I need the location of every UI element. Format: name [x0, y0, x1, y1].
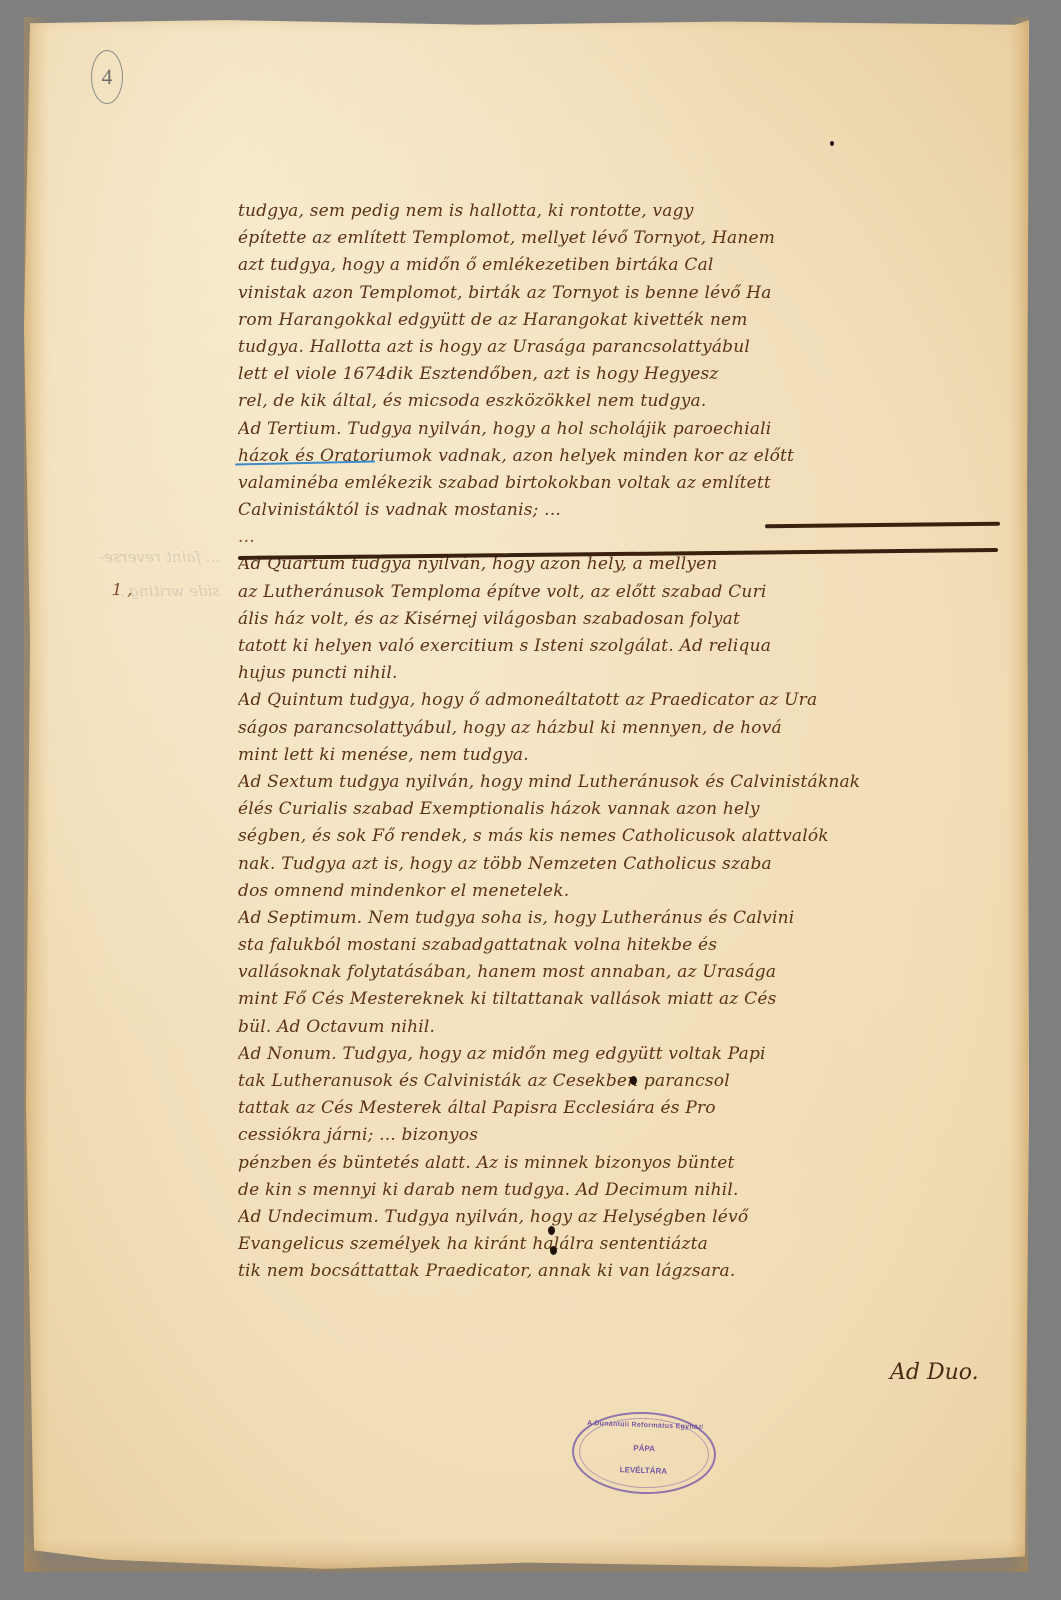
manuscript-line-ad-quintum: Ad Quintum tudgya, hogy ő admoneáltatott…: [238, 687, 1008, 714]
ink-blot: [550, 1246, 557, 1255]
manuscript-line: tattak az Cés Mesterek által Papisra Ecc…: [238, 1095, 1008, 1122]
manuscript-line: rel, de kik által, és micsoda eszközökke…: [238, 388, 1008, 415]
manuscript-line: építette az említett Templomot, mellyet …: [238, 225, 1008, 252]
manuscript-line-ad-undecimum: Ad Undecimum. Tudgya nyilván, hogy az He…: [238, 1204, 1008, 1231]
manuscript-line: vallásoknak folytatásában, hanem most an…: [238, 959, 1008, 986]
manuscript-line: élés Curialis szabad Exemptionalis házok…: [238, 796, 1008, 823]
manuscript-line: bül. Ad Octavum nihil.: [238, 1014, 1008, 1041]
manuscript-line: tatott ki helyen való exercitium s Isten…: [238, 633, 1008, 660]
manuscript-line: mint lett ki menése, nem tudgya.: [238, 742, 1008, 769]
manuscript-line: ságos parancsolattyábul, hogy az házbul …: [238, 715, 1008, 742]
ink-blot: [630, 1076, 637, 1085]
manuscript-line: ális ház volt, és az Kisérnej világosban…: [238, 606, 1008, 633]
paper-edge-stain-left: [24, 17, 50, 1572]
margin-mark: 1 ,: [112, 580, 132, 599]
manuscript-line: vinistak azon Templomot, birták az Torny…: [238, 280, 1008, 307]
paper-edge-stain-right: [1008, 17, 1028, 1572]
bleed-through-text: ... faint reverse-side writing ...: [90, 540, 220, 1190]
manuscript-line-ad-tertium: Ad Tertium. Tudgya nyilván, hogy a hol s…: [238, 416, 1008, 443]
manuscript-line: sta falukból mostani szabadgattatnak vol…: [238, 932, 1008, 959]
manuscript-line: nak. Tudgya azt is, hogy az több Nemzete…: [238, 851, 1008, 878]
manuscript-line: tik nem bocsáttattak Praedicator, annak …: [238, 1258, 1008, 1285]
manuscript-line: tudgya. Hallotta azt is hogy az Urasága …: [238, 334, 1008, 361]
manuscript-line: hujus puncti nihil.: [238, 660, 1008, 687]
manuscript-line: de kin s mennyi ki darab nem tudgya. Ad …: [238, 1177, 1008, 1204]
manuscript-line-struck: ...: [238, 524, 1008, 551]
manuscript-line: tudgya, sem pedig nem is hallotta, ki ro…: [238, 198, 1008, 225]
manuscript-line: valaminéba emlékezik szabad birtokokban …: [238, 470, 1008, 497]
manuscript-line: rom Harangokkal edgyütt de az Harangokat…: [238, 307, 1008, 334]
pencil-folio-number: 4: [91, 50, 123, 104]
manuscript-line: az Lutheránusok Temploma építve volt, az…: [238, 579, 1008, 606]
manuscript-line-ad-nonum: Ad Nonum. Tudgya, hogy az midőn meg edgy…: [238, 1041, 1008, 1068]
manuscript-line: ségben, és sok Fő rendek, s más kis neme…: [238, 823, 1008, 850]
manuscript-line: pénzben és büntetés alatt. Az is minnek …: [238, 1150, 1008, 1177]
manuscript-line: tak Lutheranusok és Calvinisták az Cesek…: [238, 1068, 1008, 1095]
manuscript-line: házok és Oratoriumok vadnak, azon helyek…: [238, 443, 1008, 470]
manuscript-text-block: tudgya, sem pedig nem is hallotta, ki ro…: [238, 198, 1008, 1286]
manuscript-line-struck: Calvinistáktól is vadnak mostanis; ...: [238, 497, 1008, 524]
manuscript-line-ad-sextum: Ad Sextum tudgya nyilván, hogy mind Luth…: [238, 769, 1008, 796]
manuscript-line: Evangelicus személyek ha kiránt halálra …: [238, 1231, 1008, 1258]
manuscript-line: azt tudgya, hogy a midőn ő emlékezetiben…: [238, 252, 1008, 279]
paper-edge-stain-bottom: [24, 1540, 1029, 1572]
manuscript-line-ad-septimum: Ad Septimum. Nem tudgya soha is, hogy Lu…: [238, 905, 1008, 932]
manuscript-line: mint Fő Cés Mestereknek ki tiltattanak v…: [238, 986, 1008, 1013]
manuscript-line: cessiókra járni; ... bizonyos: [238, 1122, 1008, 1149]
ink-blot: [830, 141, 834, 146]
manuscript-line: dos omnend mindenkor el menetelek.: [238, 878, 1008, 905]
catchword-ad-duo: Ad Duo.: [890, 1360, 979, 1385]
manuscript-line: lett el viole 1674dik Esztendőben, azt i…: [238, 361, 1008, 388]
ink-blot: [548, 1226, 555, 1235]
